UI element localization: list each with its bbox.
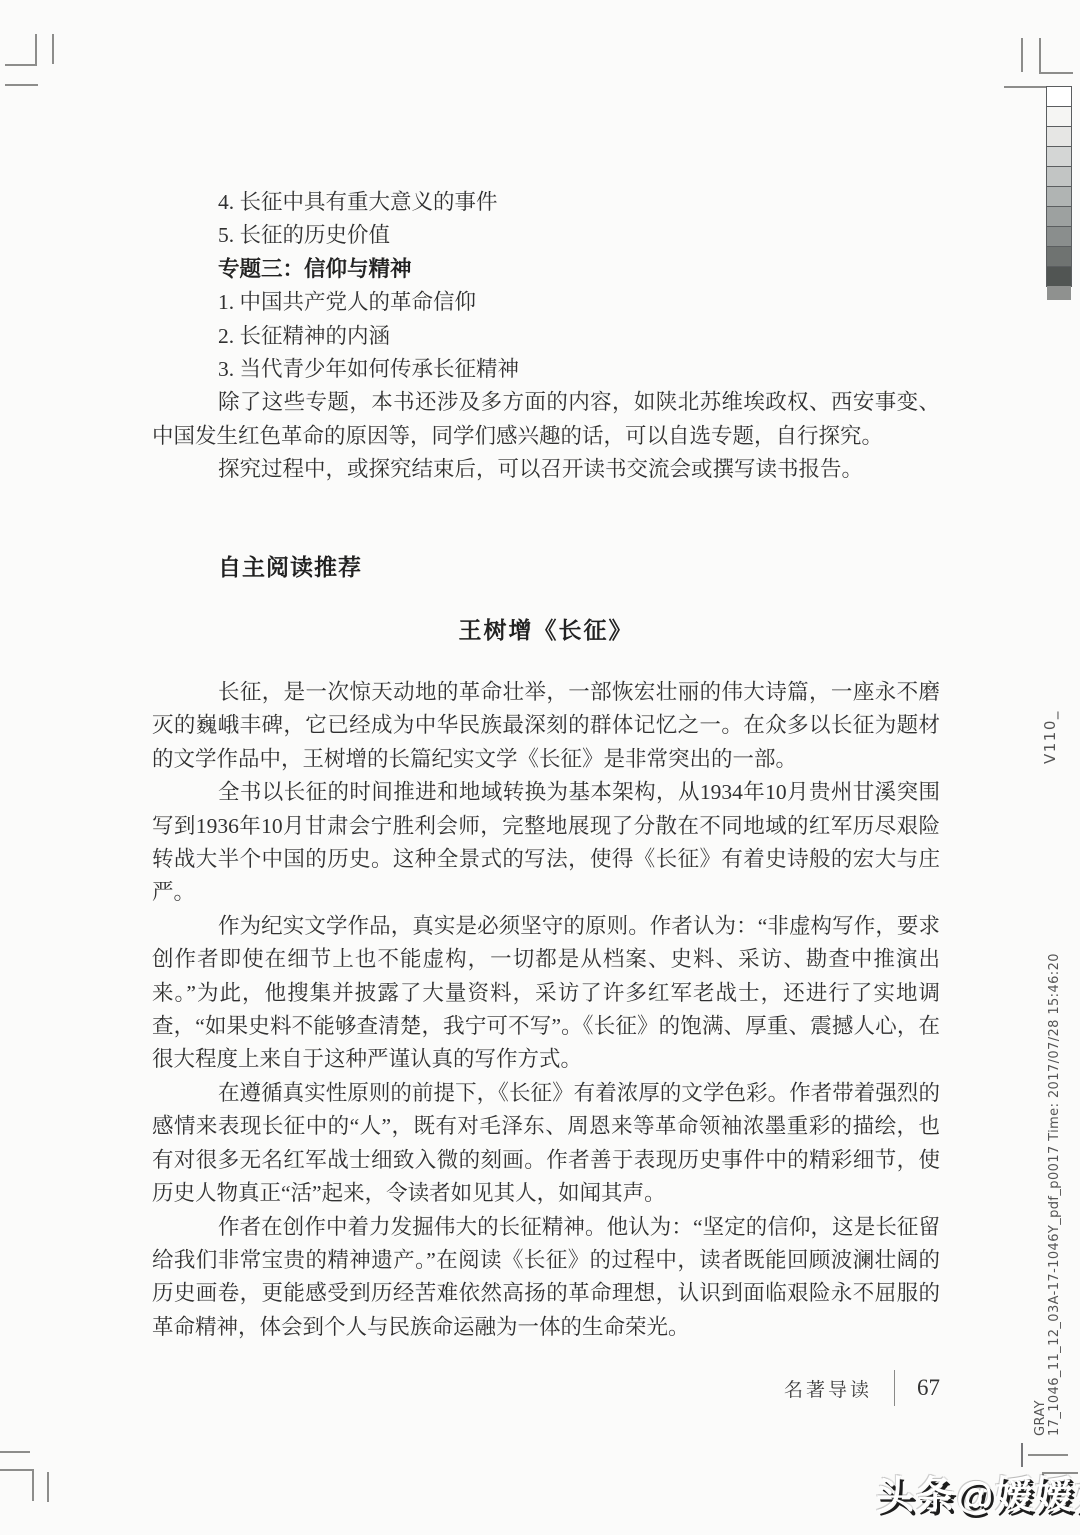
outline-sub-item-3: 3. 当代青少年如何传承长征精神 — [152, 353, 940, 386]
footer-section-label: 名著导读 — [784, 1375, 872, 1402]
gray-step — [1046, 186, 1072, 207]
crop-mark-bottom-left-v2 — [47, 1472, 49, 1502]
recommendation-body: 长征，是一次惊天动地的革命壮举，一部恢宏壮丽的伟大诗篇，一座永不磨灭的巍峨丰碑，… — [152, 676, 940, 1344]
intro-paragraph-1: 除了这些专题，本书还涉及多方面的内容，如陕北苏维埃政权、西安事变、中国发生红色革… — [152, 386, 940, 453]
outline-block: 4. 长征中具有重大意义的事件 5. 长征的历史价值 专题三：信仰与精神 1. … — [152, 186, 940, 487]
press-code-short: V110_ — [1041, 710, 1059, 764]
page-number: 67 — [917, 1375, 940, 1401]
press-code-gray-label: GRAY — [1034, 953, 1048, 1436]
section-heading: 自主阅读推荐 — [218, 549, 362, 582]
body-paragraph-4: 在遵循真实性原则的前提下，《长征》有着浓厚的文学色彩。作者带着强烈的感情来表现长… — [152, 1077, 940, 1211]
intro-paragraph-2: 探究过程中，或探究结束后，可以召开读书交流会或撰写读书报告。 — [152, 453, 940, 486]
crop-mark-top-left-v2 — [52, 34, 54, 64]
gray-step — [1046, 106, 1072, 127]
crop-mark-bottom-left-corner-h — [0, 1469, 34, 1471]
gray-step — [1046, 126, 1072, 147]
gray-step — [1046, 266, 1072, 287]
crop-mark-top-left-v1 — [35, 34, 37, 66]
crop-mark-top-left-h2 — [5, 84, 38, 86]
topic-heading: 专题三：信仰与精神 — [152, 253, 940, 286]
outline-sub-item-1: 1. 中国共产党人的革命信仰 — [152, 286, 940, 319]
crop-mark-top-left-h1 — [5, 64, 37, 66]
book-title: 王树增《长征》 — [152, 612, 940, 645]
body-paragraph-2: 全书以长征的时间推进和地域转换为基本架构，从1934年10月贵州甘溪突围写到19… — [152, 776, 940, 910]
crop-mark-bottom-left-h1 — [0, 1451, 30, 1453]
grayscale-top-tick — [1004, 86, 1046, 88]
outline-item-4: 4. 长征中具有重大意义的事件 — [152, 186, 940, 219]
outline-item-5: 5. 长征的历史价值 — [152, 219, 940, 252]
crop-mark-top-right-v1 — [1021, 38, 1023, 72]
press-code-block: GRAY 17_1046_11_12_03A-17-1046Y_pdf_p001… — [1034, 953, 1061, 1436]
body-paragraph-3: 作为纪实文学作品，真实是必须坚守的原则。作者认为：“非虚构写作，要求创作者即使在… — [152, 910, 940, 1077]
gray-step — [1046, 146, 1072, 167]
outline-sub-item-2: 2. 长征精神的内涵 — [152, 320, 940, 353]
scanned-textbook-page: V110_ GRAY 17_1046_11_12_03A-17-1046Y_pd… — [0, 0, 1080, 1535]
crop-mark-top-right-corner-h — [1039, 72, 1073, 74]
gray-step — [1046, 226, 1072, 247]
crop-mark-top-right-corner-v — [1039, 38, 1041, 74]
watermark: 头条@嫒嫒妈 — [876, 1464, 1080, 1519]
gray-step — [1046, 206, 1072, 227]
gray-step-stub — [1047, 286, 1071, 300]
page-footer: 名著导读 67 — [152, 1370, 940, 1406]
body-paragraph-1: 长征，是一次惊天动地的革命壮举，一部恢宏壮丽的伟大诗篇，一座永不磨灭的巍峨丰碑，… — [152, 676, 940, 776]
crop-mark-bottom-left-corner-v — [32, 1469, 34, 1501]
gray-step — [1046, 166, 1072, 187]
body-paragraph-5: 作者在创作中着力发掘伟大的长征精神。他认为：“坚定的信仰，这是长征留给我们非常宝… — [152, 1211, 940, 1345]
footer-divider — [894, 1370, 895, 1406]
grayscale-calibration-bar — [1046, 87, 1072, 300]
crop-mark-bottom-right-h1 — [1028, 1454, 1068, 1456]
gray-step — [1046, 86, 1072, 107]
press-code-long: 17_1046_11_12_03A-17-1046Y_pdf_p0017 Tim… — [1048, 953, 1062, 1436]
gray-step — [1046, 246, 1072, 267]
